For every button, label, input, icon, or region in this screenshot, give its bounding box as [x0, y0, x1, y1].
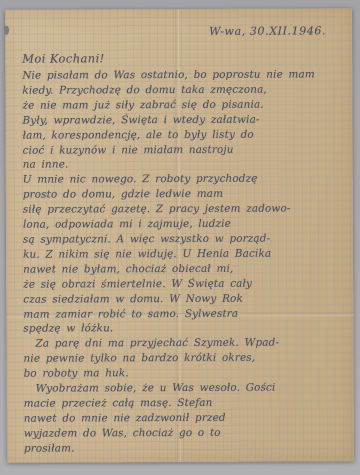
- letter-body: Nie pisałam do Was ostatnio, bo poprostu…: [22, 67, 344, 456]
- letter-line: łam, korespondencję, ale to były listy d…: [23, 127, 343, 143]
- letter-line: prosiłam.: [24, 440, 344, 456]
- letter-line: wyjazdem do Was, chociaż go o to: [24, 425, 344, 441]
- letter-line: Za parę dni ma przyjechać Szymek. Wpad-: [23, 336, 343, 352]
- scanned-letter-photo: W-wa, 30.XII.1946. Moi Kochani! Nie pisa…: [0, 0, 360, 475]
- letter-paper: W-wa, 30.XII.1946. Moi Kochani! Nie pisa…: [5, 8, 354, 463]
- letter-line: U mnie nic nowego. Z roboty przychodzę: [23, 172, 343, 188]
- letter-line: że nie mam już siły zabrać się do pisani…: [22, 97, 342, 113]
- letter-line: Były, wprawdzie, Święta i wtedy załatwia…: [22, 112, 342, 128]
- letter-line: ku. Z nikim się nie widuję. U Henia Baci…: [23, 246, 343, 262]
- letter-line: nawet nie byłam, chociaż obiecał mi,: [23, 261, 343, 277]
- letter-line: są sympatyczni. A więc wszystko w porząd…: [23, 231, 343, 247]
- letter-line: cioć i kuzynów i nie miałam nastroju: [23, 142, 343, 158]
- letter-line: na inne.: [23, 157, 343, 173]
- letter-line: nawet do mnie nie zadzwonił przed: [24, 410, 344, 426]
- letter-line: mam zamiar robić to samo. Sylwestra: [23, 306, 343, 322]
- date-line: W-wa, 30.XII.1946.: [22, 24, 342, 38]
- letter-line: nie pewnie tylko na bardzo krótki okres,: [24, 351, 344, 367]
- letter-line: kiedy. Przychodzę do domu taka zmęczona,: [22, 82, 342, 98]
- letter-line: że się obrazi śmiertelnie. W Święta cały: [23, 276, 343, 292]
- letter-line: prosto do domu, gdzie ledwie mam: [23, 187, 343, 203]
- letter-line: macie przecież całą masę. Stefan: [24, 395, 344, 411]
- letter-line: lona, odpowiada mi i zajmuje, ludzie: [23, 216, 343, 232]
- letter-line: czas siedziałam w domu. W Nowy Rok: [23, 291, 343, 307]
- letter-line: spędzę w łóżku.: [23, 321, 343, 337]
- salutation: Moi Kochani!: [22, 50, 342, 65]
- letter-line: Wyobrażam sobie, że u Was wesoło. Gości: [24, 380, 344, 396]
- letter-line: Nie pisałam do Was ostatnio, bo poprostu…: [22, 67, 342, 83]
- letter-line: bo roboty ma huk.: [24, 365, 344, 381]
- letter-line: siłę przeczytać gazetę. Z pracy jestem z…: [23, 201, 343, 217]
- letter-content: W-wa, 30.XII.1946. Moi Kochani! Nie pisa…: [5, 8, 354, 463]
